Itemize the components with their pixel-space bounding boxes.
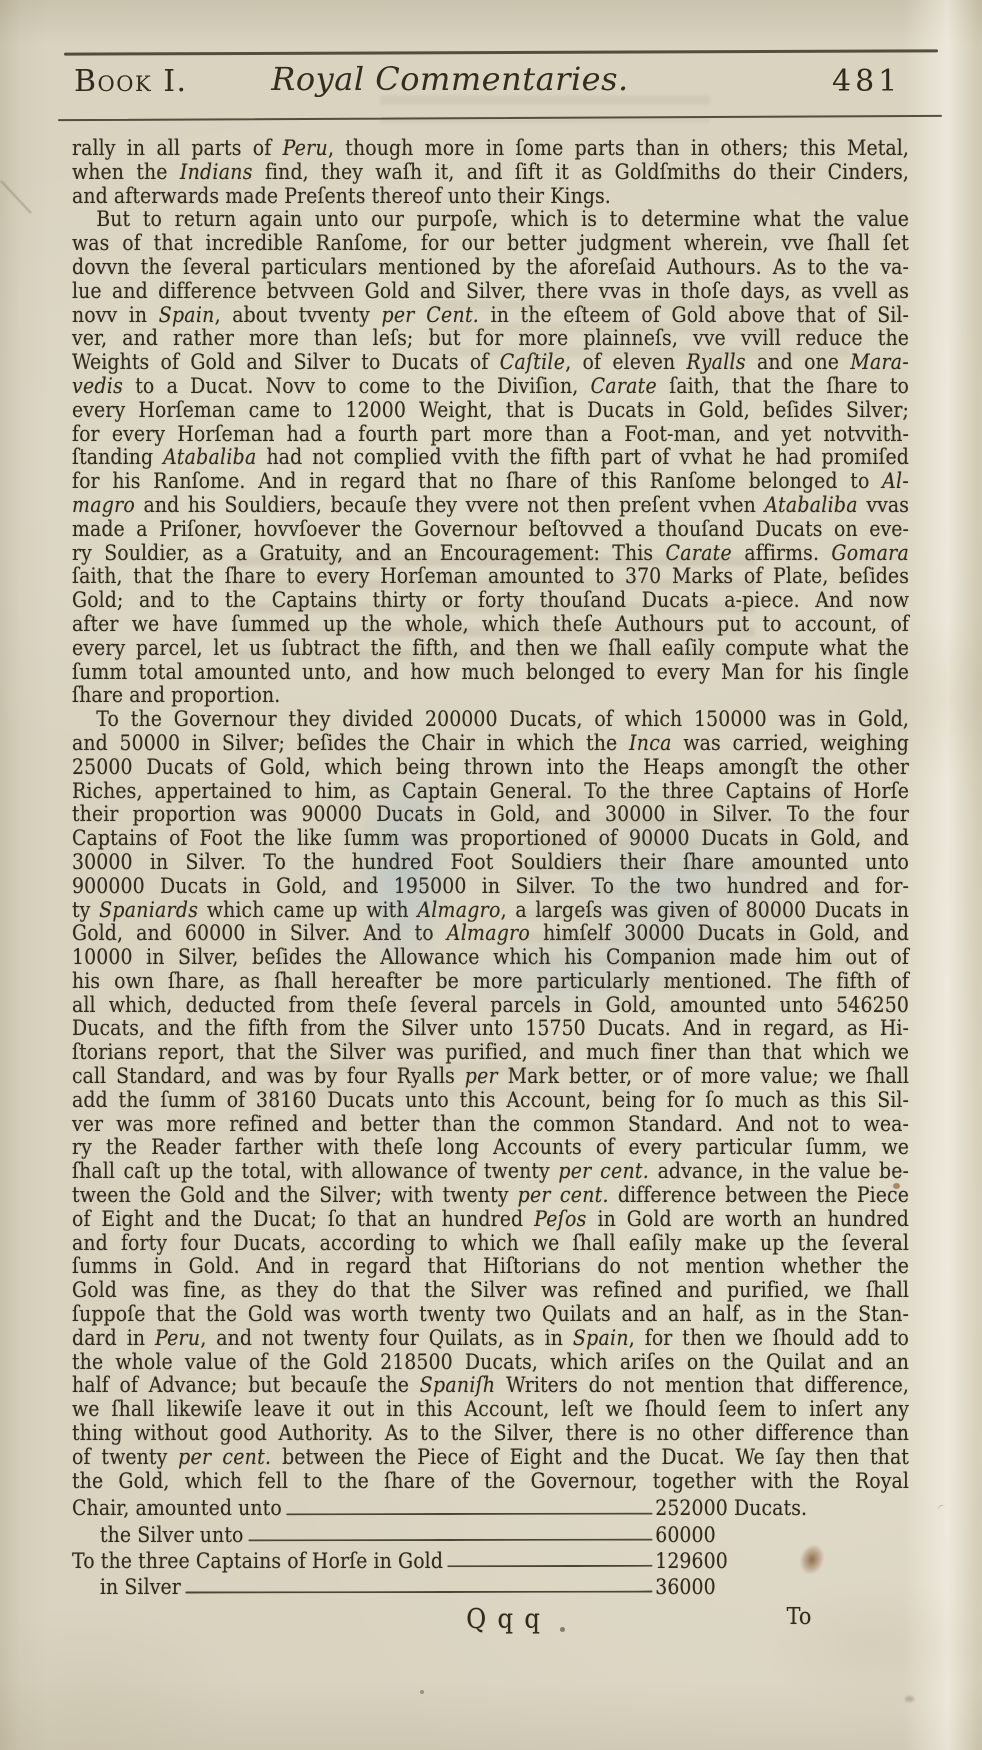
text-line: To the Governour they divided 200000 Duc… bbox=[72, 708, 909, 732]
account-row: To the three Captains of Horſe in Gold12… bbox=[72, 1550, 909, 1576]
text-line: rally in all parts of Peru, though more … bbox=[72, 137, 909, 161]
text-line: ry the Reader farther with theſe long Ac… bbox=[72, 1136, 909, 1160]
account-value: 252000 Ducats. bbox=[655, 1497, 909, 1521]
account-value: 129600 bbox=[655, 1550, 909, 1574]
text-line: dard in Peru, and not twenty four Quilat… bbox=[72, 1327, 909, 1351]
text-line: novv in Spain, about tvventy per Cent. i… bbox=[72, 304, 909, 328]
text-line: ſaith, that the ſhare to every Horſeman … bbox=[72, 565, 909, 589]
dash-leader bbox=[282, 1497, 655, 1523]
account-row: the Silver unto60000 bbox=[72, 1524, 909, 1550]
top-rule bbox=[64, 49, 938, 55]
account-label: the Silver unto bbox=[100, 1524, 244, 1548]
account-value: 36000 bbox=[655, 1576, 909, 1600]
account-row: Chair, amounted unto252000 Ducats. bbox=[72, 1497, 909, 1523]
text-line: and forty four Ducats, according to whic… bbox=[72, 1232, 909, 1256]
text-line: 10000 in Silver, beſides the Allowance w… bbox=[72, 946, 909, 970]
text-line: lue and difference betvveen Gold and Sil… bbox=[72, 280, 909, 304]
text-line: ry Souldier, as a Gratuity, and an Encou… bbox=[72, 542, 909, 566]
text-line: all which, deducted from theſe ſeveral p… bbox=[72, 994, 909, 1018]
account-label: in Silver bbox=[100, 1576, 181, 1600]
text-line: made a Priſoner, hovvſoever the Governou… bbox=[72, 518, 909, 542]
dash-leader bbox=[181, 1576, 655, 1602]
text-line: ſhall caſt up the total, with allowance … bbox=[72, 1160, 909, 1184]
signature-mark: Q q q bbox=[466, 1608, 541, 1632]
text-line: thing without good Authority. As to the … bbox=[72, 1422, 909, 1446]
text-line: ſumms in Gold. And in regard that Hiſtor… bbox=[72, 1255, 909, 1279]
text-line: ſtanding Atabaliba had not complied vvit… bbox=[72, 446, 909, 470]
account-summary: Chair, amounted unto252000 Ducats.the Si… bbox=[72, 1497, 909, 1602]
text-line: Weights of Gold and Silver to Ducats of … bbox=[72, 351, 909, 375]
book-page-scan: Book I. Royal Commentaries. 481 rally in… bbox=[0, 0, 982, 1750]
text-line: of twenty per cent. between the Piece of… bbox=[72, 1446, 909, 1470]
text-column: rally in all parts of Peru, though more … bbox=[72, 137, 909, 1652]
text-line: and 50000 in Silver; beſides the Chair i… bbox=[72, 732, 909, 756]
text-line: Captains of Foot the like ſumm was propo… bbox=[72, 827, 909, 851]
dash-leader bbox=[243, 1524, 655, 1550]
text-line: for every Horſeman had a fourth part mor… bbox=[72, 423, 909, 447]
text-line: 25000 Ducats of Gold, which being thrown… bbox=[72, 756, 909, 780]
text-line: vedis to a Ducat. Novv to come to the Di… bbox=[72, 375, 909, 399]
text-line: But to return again unto our purpoſe, wh… bbox=[72, 208, 909, 232]
text-line: ver was more refined and better than the… bbox=[72, 1113, 909, 1137]
text-line: ſuppoſe that the Gold was worth twenty t… bbox=[72, 1303, 909, 1327]
text-line: ſhare and proportion. bbox=[72, 684, 909, 708]
account-label: To the three Captains of Horſe in Gold bbox=[72, 1550, 443, 1574]
paper-fiber bbox=[937, 1503, 947, 1513]
text-line: for his Ranſome. And in regard that no ſ… bbox=[72, 470, 909, 494]
text-line: Gold; and to the Captains thirty or fort… bbox=[72, 589, 909, 613]
text-line: every Horſeman came to 12000 Weight, tha… bbox=[72, 399, 909, 423]
text-line: when the Indians find, they waſh it, and… bbox=[72, 161, 909, 185]
text-line: their proportion was 90000 Ducats in Gol… bbox=[72, 803, 909, 827]
dash-leader bbox=[443, 1550, 655, 1576]
catchword: To bbox=[787, 1606, 812, 1630]
account-row: in Silver36000 bbox=[72, 1576, 909, 1602]
paper-speck bbox=[420, 1690, 424, 1694]
text-line: Riches, appertained to him, as Captain G… bbox=[72, 780, 909, 804]
text-line: we ſhall likewiſe leave it out in this A… bbox=[72, 1398, 909, 1422]
text-line: call Standard, and was by four Ryalls pe… bbox=[72, 1065, 909, 1089]
text-line: was of that incredible Ranſome, for our … bbox=[72, 232, 909, 256]
text-line: Ducats, and the fifth from the Silver un… bbox=[72, 1017, 909, 1041]
text-line: ſtorians report, that the Silver was pur… bbox=[72, 1041, 909, 1065]
text-line: Gold was fine, as they do that the Silve… bbox=[72, 1279, 909, 1303]
account-value: 60000 bbox=[655, 1524, 909, 1548]
page-number: 481 bbox=[832, 64, 901, 99]
text-line: of Eight and the Ducat; ſo that an hundr… bbox=[72, 1208, 909, 1232]
paper-speck bbox=[560, 1627, 565, 1632]
text-line: every parcel, let us ſubtract the fifth,… bbox=[72, 637, 909, 661]
text-line: magro and his Souldiers, becauſe they vv… bbox=[72, 494, 909, 518]
signature-line: Q q q To bbox=[72, 1606, 909, 1652]
text-line: tween the Gold and the Silver; with twen… bbox=[72, 1184, 909, 1208]
text-line: ſumm total amounted unto, and how much b… bbox=[72, 661, 909, 685]
text-line: add the ſumm of 38160 Ducats unto this A… bbox=[72, 1089, 909, 1113]
text-line: his own ſhare, as ſhall hereafter be mor… bbox=[72, 970, 909, 994]
text-line: Gold, and 60000 in Silver. And to Almagr… bbox=[72, 922, 909, 946]
account-label: Chair, amounted unto bbox=[72, 1497, 282, 1521]
text-line: ty Spaniards which came up with Almagro,… bbox=[72, 899, 909, 923]
corner-crease bbox=[0, 180, 31, 214]
text-line: 30000 in Silver. To the hundred Foot Sou… bbox=[72, 851, 909, 875]
paper-speck bbox=[893, 1183, 900, 1189]
text-line: dovvn the ſeveral particulars mentioned … bbox=[72, 256, 909, 280]
text-line: the Gold, which fell to the ſhare of the… bbox=[72, 1470, 909, 1494]
paper-speck bbox=[905, 1696, 914, 1702]
text-line: and afterwards made Preſents thereof unt… bbox=[72, 185, 909, 209]
text-line: ver, and rather more than leſs; but for … bbox=[72, 327, 909, 351]
running-title: Royal Commentaries. bbox=[0, 60, 900, 98]
text-line: half of Advance; but becauſe the Spaniſh… bbox=[72, 1374, 909, 1398]
text-line: 900000 Ducats in Gold, and 195000 in Sil… bbox=[72, 875, 909, 899]
text-line: after we have ſummed up the whole, which… bbox=[72, 613, 909, 637]
text-line: the whole value of the Gold 218500 Ducat… bbox=[72, 1351, 909, 1375]
